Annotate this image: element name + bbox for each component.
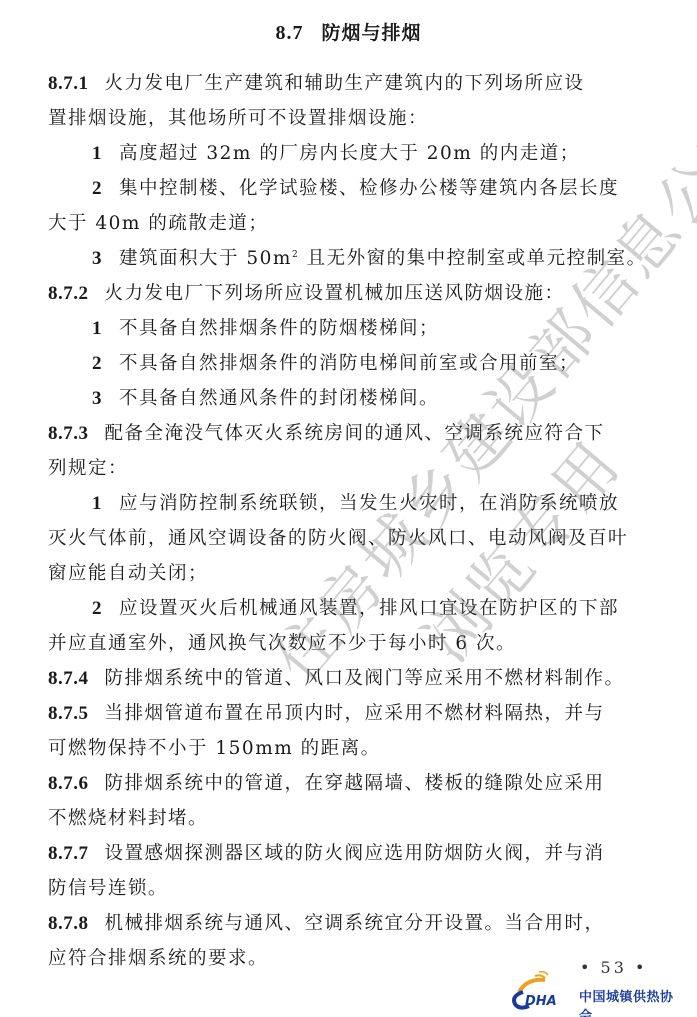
item-number: 2 [92,178,103,199]
publisher-logo: DHA 中国城镇供热协会 [505,970,685,1010]
item: 2应设置灭火后机械通风装置，排风口宜设在防护区的下部 [48,591,658,626]
section-title-text: 防烟与排烟 [321,22,421,44]
clause-text: 火力发电厂下列场所应设置机械加压送风防烟设施： [105,283,565,304]
section-title: 8.7防烟与排烟 [0,18,697,45]
clause-8-7-5: 8.7.5当排烟管道布置在吊顶内时，应采用不燃材料隔热，并与 [48,696,658,731]
item: 3建筑面积大于 50m2 且无外窗的集中控制室或单元控制室。 [48,241,658,276]
publisher-name: 中国城镇供热协会 [579,986,685,1017]
clause-text-line: 可燃物保持不小于 150mm 的距离。 [48,731,658,766]
clause-text: 防排烟系统中的管道，在穿越隔墙、楼板的缝隙处应采用 [105,773,605,794]
clause-text: 列规定： [48,458,128,479]
clause-text: 可燃物保持不小于 150mm 的距离。 [48,738,381,759]
clause-text: 机械排烟系统与通风、空调系统宜分开设置。当合用时， [105,913,605,934]
clause-text: 应符合排烟系统的要求。 [48,948,268,969]
svg-text:DHA: DHA [525,994,557,1009]
clause-text: 防排烟系统中的管道、风口及阀门等应采用不燃材料制作。 [105,668,625,689]
item-number: 1 [92,493,103,514]
clause-8-7-6: 8.7.6防排烟系统中的管道，在穿越隔墙、楼板的缝隙处应采用 [48,766,658,801]
item-text-line: 窗应能自动关闭； [48,556,658,591]
clause-text: 置排烟设施，其他场所可不设置排烟设施： [48,108,428,129]
clause-8-7-1: 8.7.1火力发电厂生产建筑和辅助生产建筑内的下列场所应设 [48,66,658,101]
clause-text: 防信号连锁。 [48,878,168,899]
item: 1高度超过 32m 的厂房内长度大于 20m 的内走道； [48,136,658,171]
item-text-line: 大于 40m 的疏散走道； [48,206,658,241]
item-text: 集中控制楼、化学试验楼、检修办公楼等建筑内各层长度 [119,178,619,199]
item-text: 应与消防控制系统联锁，当发生火灾时，在消防系统喷放 [119,493,619,514]
clause-number: 8.7.7 [48,843,89,864]
clause-number: 8.7.8 [48,913,89,934]
item-text: 不具备自然通风条件的封闭楼梯间。 [119,388,439,409]
item: 3不具备自然通风条件的封闭楼梯间。 [48,381,658,416]
item-text-line: 灭火气体前，通风空调设备的防火阀、防火风口、电动风阀及百叶 [48,521,658,556]
dha-logo-icon: DHA [505,970,575,1010]
item-number: 3 [92,248,103,269]
item: 1应与消防控制系统联锁，当发生火灾时，在消防系统喷放 [48,486,658,521]
item-text: 不具备自然排烟条件的消防电梯间前室或合用前室； [119,353,579,374]
clause-8-7-4: 8.7.4防排烟系统中的管道、风口及阀门等应采用不燃材料制作。 [48,661,658,696]
item-number: 2 [92,353,103,374]
item-text: 建筑面积大于 50m [119,248,292,269]
clause-text-line: 置排烟设施，其他场所可不设置排烟设施： [48,101,658,136]
item: 2不具备自然排烟条件的消防电梯间前室或合用前室； [48,346,658,381]
clause-text-line: 防信号连锁。 [48,871,658,906]
clause-text: 火力发电厂生产建筑和辅助生产建筑内的下列场所应设 [105,73,585,94]
item-text-line: 并应直通室外，通风换气次数应不少于每小时 6 次。 [48,626,658,661]
item-number: 1 [92,143,103,164]
section-number: 8.7 [275,22,303,44]
clause-number: 8.7.5 [48,703,89,724]
item-number: 2 [92,598,103,619]
clause-number: 8.7.6 [48,773,89,794]
item-number: 3 [92,388,103,409]
document-page: 8.7防烟与排烟 8.7.1火力发电厂生产建筑和辅助生产建筑内的下列场所应设 置… [0,0,697,1017]
clause-text: 不燃烧材料封堵。 [48,808,208,829]
clause-number: 8.7.2 [48,283,89,304]
clause-text-line: 不燃烧材料封堵。 [48,801,658,836]
clause-8-7-8: 8.7.8机械排烟系统与通风、空调系统宜分开设置。当合用时， [48,906,658,941]
item-text: 应设置灭火后机械通风装置，排风口宜设在防护区的下部 [119,598,619,619]
item-text: 高度超过 32m 的厂房内长度大于 20m 的内走道； [119,143,580,164]
document-body: 8.7.1火力发电厂生产建筑和辅助生产建筑内的下列场所应设 置排烟设施，其他场所… [48,66,658,976]
clause-8-7-7: 8.7.7设置感烟探测器区域的防火阀应选用防烟防火阀，并与消 [48,836,658,871]
item-text: 且无外窗的集中控制室或单元控制室。 [299,248,646,269]
item-text: 不具备自然排烟条件的防烟楼梯间； [119,318,439,339]
item: 2集中控制楼、化学试验楼、检修办公楼等建筑内各层长度 [48,171,658,206]
clause-number: 8.7.4 [48,668,89,689]
item: 1不具备自然排烟条件的防烟楼梯间； [48,311,658,346]
clause-number: 8.7.3 [48,423,89,444]
item-text: 并应直通室外，通风换气次数应不少于每小时 6 次。 [48,633,516,654]
clause-number: 8.7.1 [48,73,89,94]
item-text: 大于 40m 的疏散走道； [48,213,268,234]
item-number: 1 [92,318,103,339]
item-text: 灭火气体前，通风空调设备的防火阀、防火风口、电动风阀及百叶 [48,528,628,549]
clause-text: 当排烟管道布置在吊顶内时，应采用不燃材料隔热，并与 [105,703,605,724]
clause-8-7-3: 8.7.3配备全淹没气体灭火系统房间的通风、空调系统应符合下 [48,416,658,451]
item-text: 窗应能自动关闭； [48,563,208,584]
clause-text: 配备全淹没气体灭火系统房间的通风、空调系统应符合下 [105,423,605,444]
clause-text-line: 列规定： [48,451,658,486]
clause-8-7-2: 8.7.2火力发电厂下列场所应设置机械加压送风防烟设施： [48,276,658,311]
clause-text: 设置感烟探测器区域的防火阀应选用防烟防火阀，并与消 [105,843,605,864]
